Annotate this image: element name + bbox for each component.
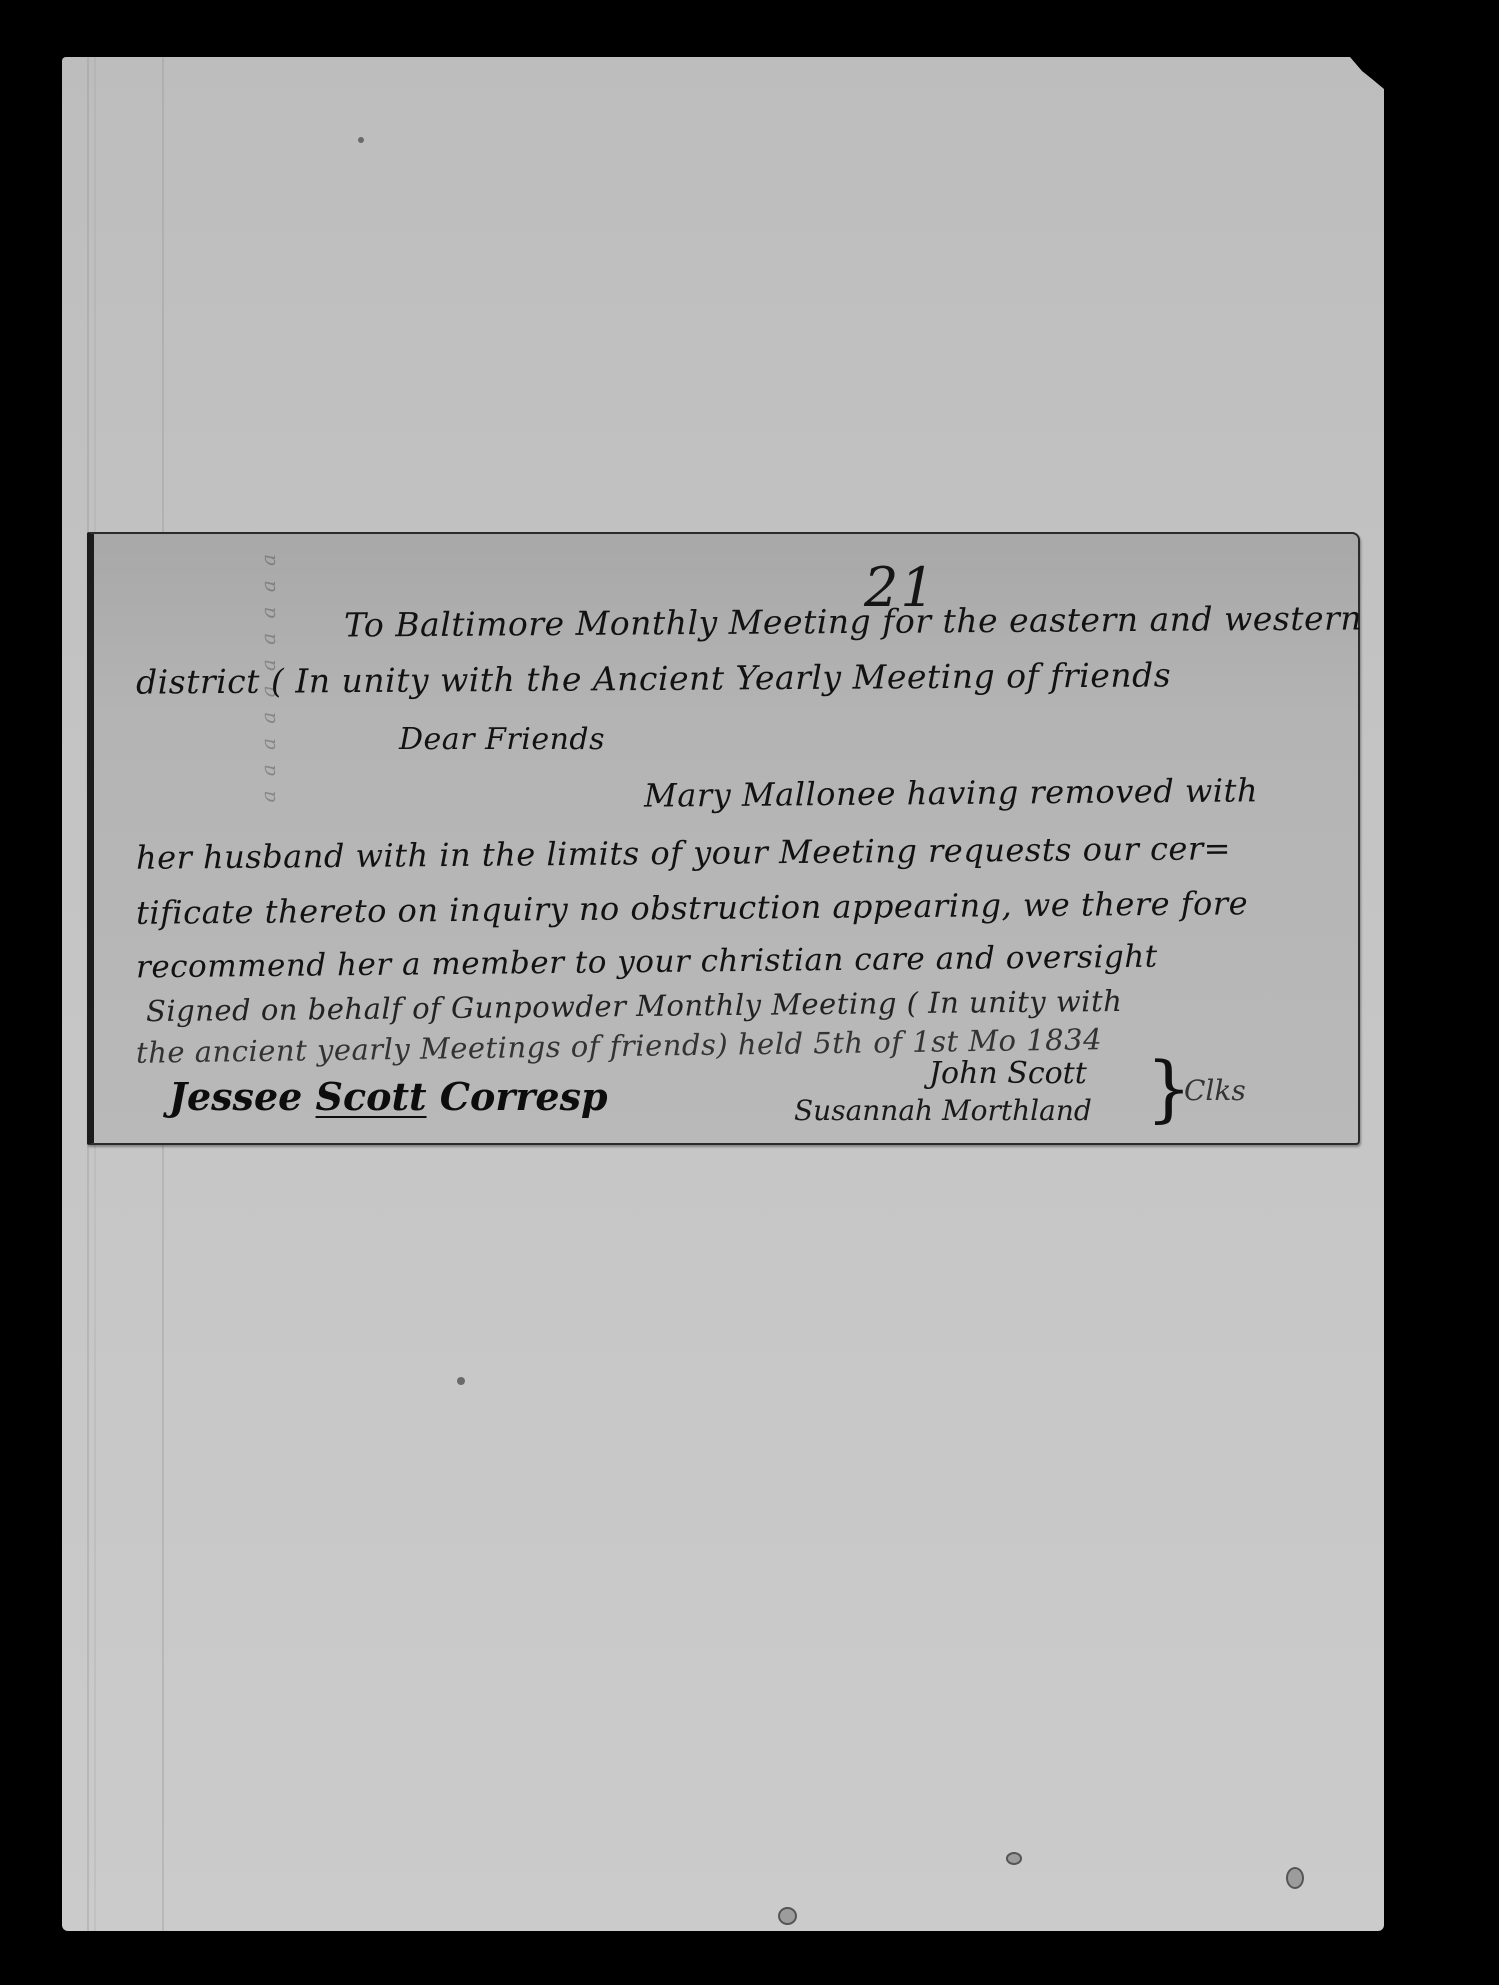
text-line-1: To Baltimore Monthly Meeting for the eas… bbox=[344, 598, 1362, 644]
ink-speck bbox=[457, 1377, 465, 1385]
paper-stain bbox=[778, 1907, 797, 1925]
paper-stain bbox=[1286, 1867, 1304, 1889]
paper-stain bbox=[1006, 1852, 1022, 1865]
clerks-label: Clks bbox=[1184, 1074, 1246, 1107]
signature-clerk-1: John Scott bbox=[929, 1056, 1087, 1091]
certificate-slip: ɐ ɐ ɐ ɐ ɐ ɐ ɐ ɐ ɐ ɐ 21 To Baltimore Mont… bbox=[87, 532, 1360, 1145]
signature-clerk-2: Susannah Morthland bbox=[794, 1094, 1092, 1127]
text-line-4: Mary Mallonee having removed with bbox=[644, 771, 1258, 814]
text-line-8: Signed on behalf of Gunpowder Monthly Me… bbox=[146, 984, 1123, 1028]
text-line-5: her husband with in the limits of your M… bbox=[136, 829, 1231, 877]
text-line-6: tificate thereto on inquiry no obstructi… bbox=[136, 884, 1248, 932]
ink-speck bbox=[358, 137, 364, 143]
text-line-7: recommend her a member to your christian… bbox=[136, 939, 1158, 986]
signature-correspondent: Jessee Scott Corresp bbox=[169, 1074, 608, 1119]
signature-role: Corresp bbox=[440, 1074, 608, 1119]
salutation: Dear Friends bbox=[399, 722, 605, 757]
signature-last-name: Scott bbox=[316, 1074, 427, 1119]
text-line-2: district ( In unity with the Ancient Yea… bbox=[136, 655, 1171, 701]
signature-first-name: Jessee bbox=[169, 1074, 302, 1119]
